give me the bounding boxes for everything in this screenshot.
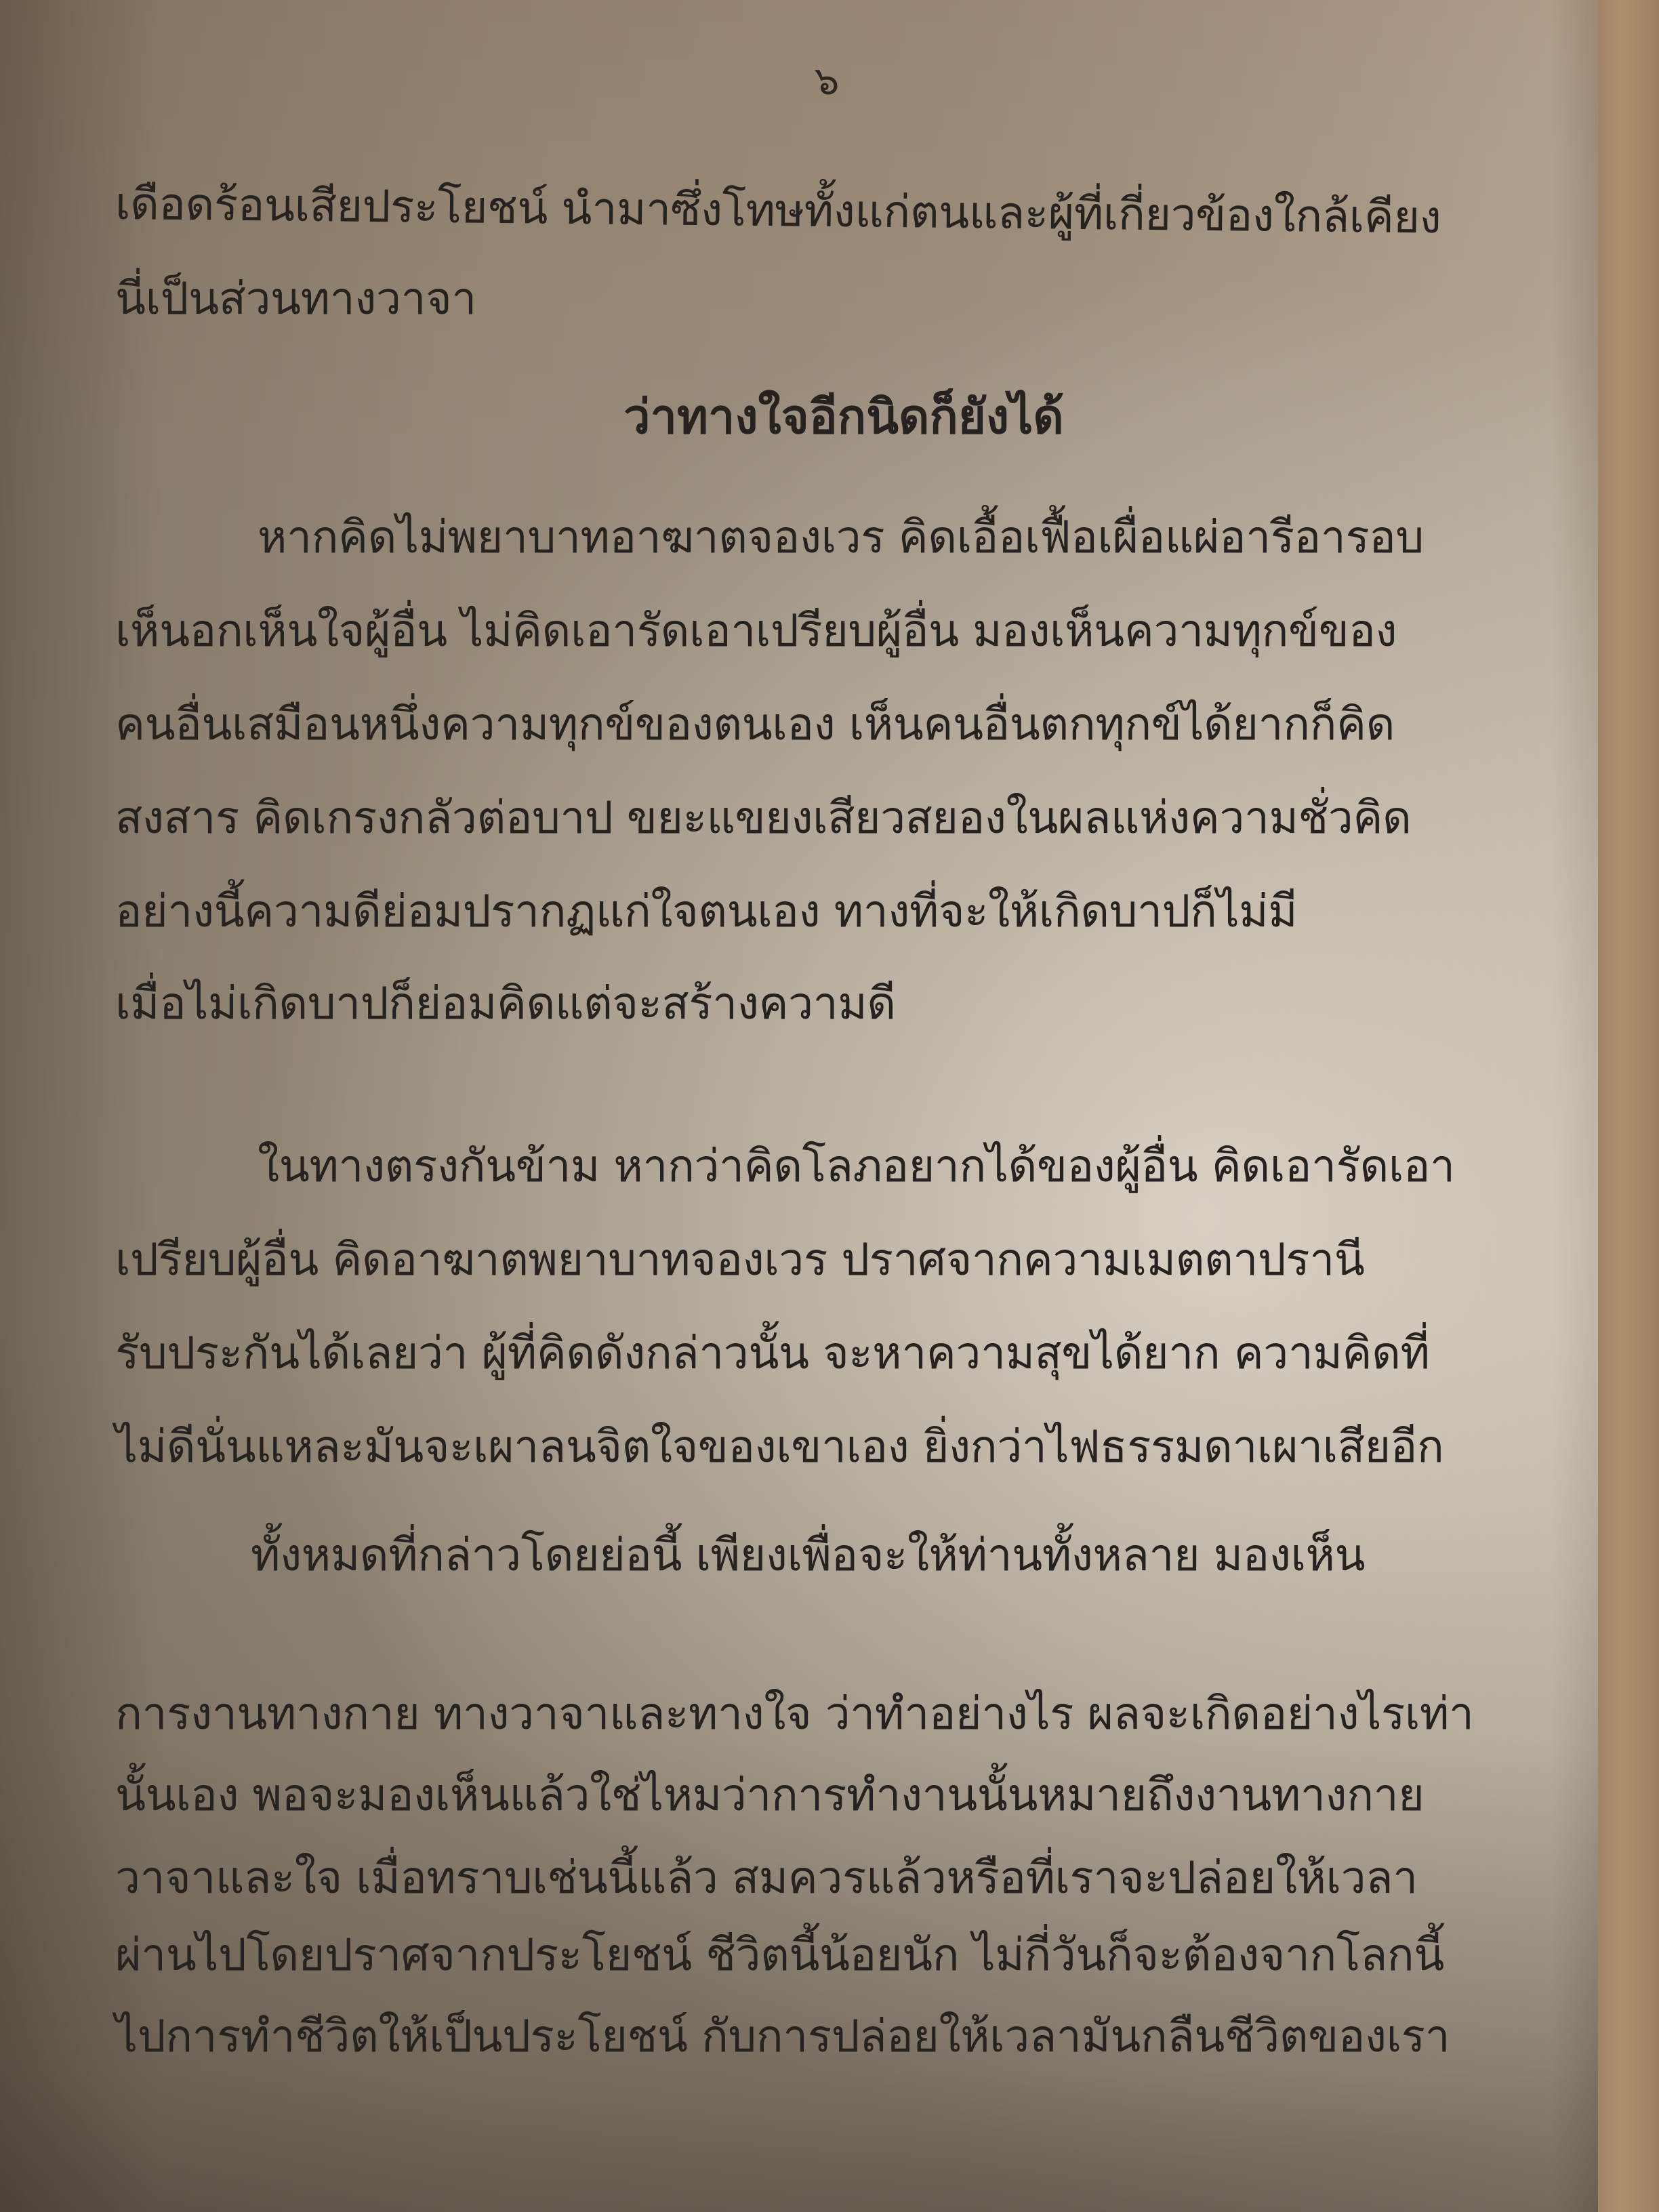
- page-number: ๖: [800, 49, 854, 112]
- paragraph-1-line-2: เห็นอกเห็นใจผู้อื่น ไม่คิดเอารัดเอาเปรีย…: [115, 609, 1397, 653]
- section-heading: ว่าทางใจอีกนิดก็ยังได้: [115, 393, 1572, 441]
- paragraph-1-line-1: หากคิดไม่พยาบาทอาฆาตจองเวร คิดเอื้อเฟื้อ…: [258, 515, 1424, 560]
- intro-line-1: เดือดร้อนเสียประโยชน์ นำมาซึ่งโทษทั้งแก่…: [115, 182, 1441, 240]
- paragraph-3-line-4: วาจาและใจ เมื่อทราบเช่นนี้แล้ว สมควรแล้ว…: [115, 1856, 1418, 1900]
- book-page-photo: ๖ เดือดร้อนเสียประโยชน์ นำมาซึ่งโทษทั้งแ…: [0, 0, 1659, 2212]
- paragraph-1-line-6: เมื่อไม่เกิดบาปก็ย่อมคิดแต่จะสร้างความดี: [115, 981, 896, 1026]
- paragraph-2-line-4: ไม่ดีนั่นแหละมันจะเผาลนจิตใจของเขาเอง ยิ…: [115, 1425, 1443, 1469]
- paragraph-3-line-3: นั้นเอง พอจะมองเห็นแล้วใช่ไหมว่าการทำงาน…: [115, 1773, 1424, 1818]
- paragraph-2-line-1: ในทางตรงกันข้าม หากว่าคิดโลภอยากได้ของผู…: [258, 1144, 1455, 1189]
- paragraph-3-line-2: การงานทางกาย ทางวาจาและทางใจ ว่าทำอย่างไ…: [115, 1692, 1473, 1736]
- paragraph-1-line-4: สงสาร คิดเกรงกลัวต่อบาป ขยะแขยงเสียวสยอง…: [115, 796, 1411, 840]
- book-page: ๖ เดือดร้อนเสียประโยชน์ นำมาซึ่งโทษทั้งแ…: [0, 0, 1599, 2212]
- paragraph-3-line-1: ทั้งหมดที่กล่าวโดยย่อนี้ เพียงเพื่อจะให้…: [251, 1533, 1365, 1578]
- paragraph-2-line-2: เปรียบผู้อื่น คิดอาฆาตพยาบาทจองเวร ปราศจ…: [115, 1237, 1364, 1282]
- paragraph-3-line-6: ไปการทำชีวิตให้เป็นประโยชน์ กับการปล่อยใ…: [115, 2014, 1450, 2059]
- paragraph-2-line-3: รับประกันได้เลยว่า ผู้ที่คิดดังกล่าวนั้น…: [115, 1331, 1429, 1376]
- intro-line-2: นี่เป็นส่วนทางวาจา: [115, 276, 476, 321]
- paragraph-1-line-3: คนอื่นเสมือนหนึ่งความทุกข์ของตนเอง เห็นค…: [115, 702, 1395, 747]
- book-cover-edge: [1598, 0, 1659, 2212]
- paragraph-3-line-5: ผ่านไปโดยปราศจากประโยชน์ ชีวิตนี้น้อยนัก…: [115, 1933, 1444, 1978]
- paragraph-1-line-5: อย่างนี้ความดีย่อมปรากฏแก่ใจตนเอง ทางที่…: [115, 889, 1297, 934]
